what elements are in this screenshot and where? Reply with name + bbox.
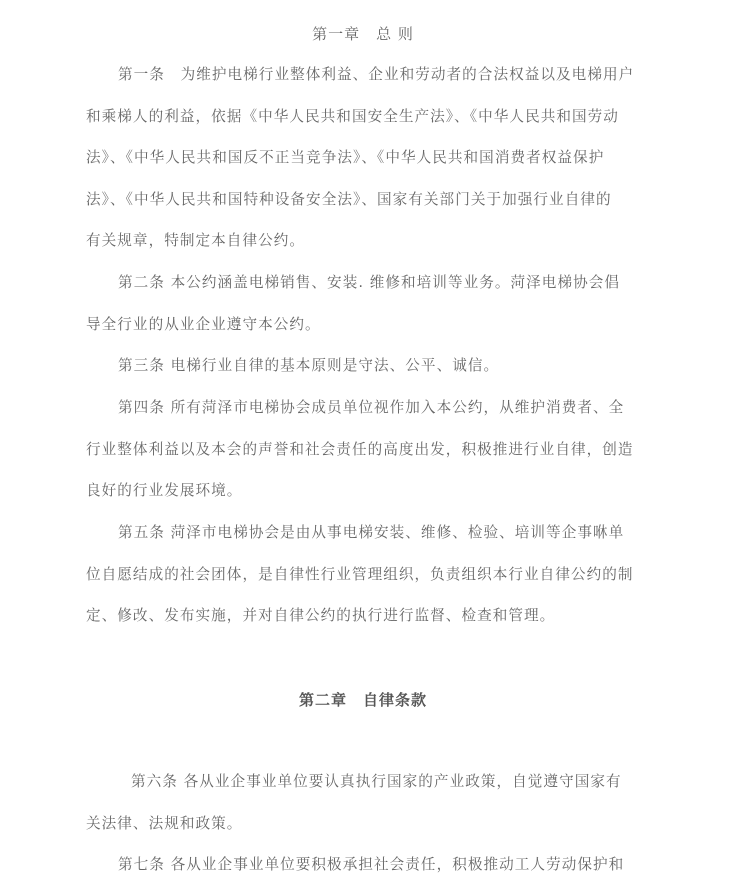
article-1: 第一条 为维护电梯行业整体利益、企业和劳动者的合法权益以及电梯用户 和乘梯人的利… xyxy=(86,54,640,262)
article-5-line-1: 第五条 菏泽市电梯协会是由从事电梯安装、维修、检验、培训等企事咻单 xyxy=(86,512,640,554)
article-1-line-1: 第一条 为维护电梯行业整体利益、企业和劳动者的合法权益以及电梯用户 xyxy=(86,54,640,96)
chapter-2-title: 第二章 自律条款 xyxy=(86,690,640,710)
article-5: 第五条 菏泽市电梯协会是由从事电梯安装、维修、检验、培训等企事咻单 位自愿结成的… xyxy=(86,512,640,637)
article-6-line-2: 关法律、法规和政策。 xyxy=(86,803,640,845)
article-1-line-5: 有关规章，特制定本自律公约。 xyxy=(86,220,640,262)
article-1-line-3: 法》、《中华人民共和国反不正当竞争法》、《中华人民共和国消费者权益保护 xyxy=(86,137,640,179)
article-4-line-3: 良好的行业发展环境。 xyxy=(86,470,640,512)
article-4: 第四条 所有菏泽市电梯协会成员单位视作加入本公约，从维护消费者、全 行业整体利益… xyxy=(86,387,640,512)
article-6: 第六条 各从业企事业单位要认真执行国家的产业政策，自觉遵守国家有 关法律、法规和… xyxy=(86,761,640,844)
article-2-line-1: 第二条 本公约涵盖电梯销售、安装. 维修和培训等业务。菏泽电梯协会倡 xyxy=(86,262,640,304)
article-1-line-2: 和乘梯人的利益，依据《中华人民共和国安全生产法》、《中华人民共和国劳动 xyxy=(86,96,640,138)
article-6-line-1: 第六条 各从业企事业单位要认真执行国家的产业政策，自觉遵守国家有 xyxy=(86,761,640,803)
article-3: 第三条 电梯行业自律的基本原则是守法、公平、诚信。 xyxy=(86,345,640,387)
chapter-1-title: 第一章 总 则 xyxy=(86,24,640,44)
article-7: 第七条 各从业企事业单位要积极承担社会责任，积极推动工人劳动保护和 xyxy=(86,844,640,886)
article-4-line-2: 行业整体利益以及本会的声誉和社会责任的高度出发，积极推进行业自律，创造 xyxy=(86,429,640,471)
article-2-line-2: 导全行业的从业企业遵守本公约。 xyxy=(86,304,640,346)
article-5-line-3: 定、修改、发布实施，并对自律公约的执行进行监督、检查和管理。 xyxy=(86,595,640,637)
article-5-line-2: 位自愿结成的社会团体，是自律性行业管理组织，负责组织本行业自律公约的制 xyxy=(86,554,640,596)
article-3-line-1: 第三条 电梯行业自律的基本原则是守法、公平、诚信。 xyxy=(86,345,640,387)
article-2: 第二条 本公约涵盖电梯销售、安装. 维修和培训等业务。菏泽电梯协会倡 导全行业的… xyxy=(86,262,640,345)
article-7-line-1: 第七条 各从业企事业单位要积极承担社会责任，积极推动工人劳动保护和 xyxy=(86,844,640,886)
article-4-line-1: 第四条 所有菏泽市电梯协会成员单位视作加入本公约，从维护消费者、全 xyxy=(86,387,640,429)
article-1-line-4: 法》、《中华人民共和国特种设备安全法》、国家有关部门关于加强行业自律的 xyxy=(86,179,640,221)
